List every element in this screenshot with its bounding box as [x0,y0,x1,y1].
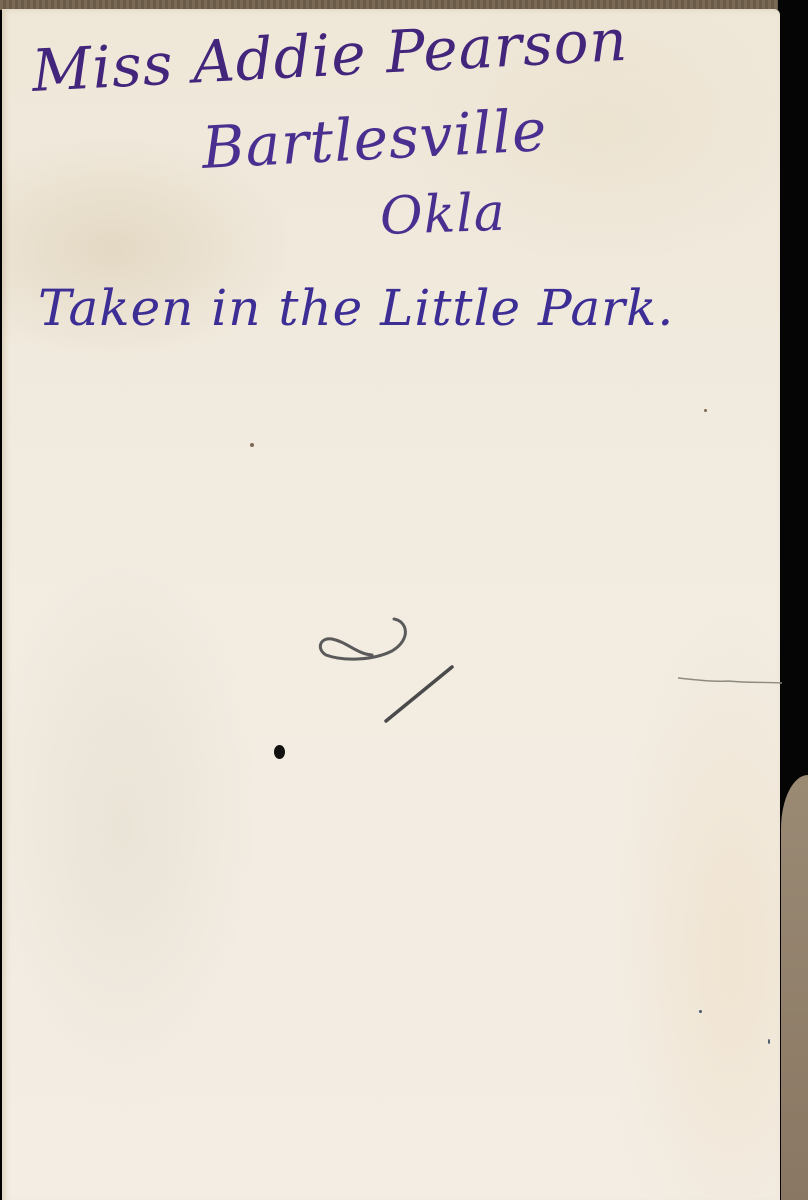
inscription-state: Okla [379,183,507,247]
speck [768,1039,770,1044]
card-crease [678,674,782,688]
pencil-mark [312,609,472,739]
inscription-city: Bartlesville [200,96,549,182]
speck [250,443,254,447]
speck [704,409,707,412]
inscription-name: Miss Addie Pearson [30,6,629,105]
ink-spot [274,745,285,759]
inscription-caption: Taken in the Little Park. [38,279,674,337]
photo-card-back: Miss Addie Pearson Bartlesville Okla Tak… [2,9,780,1200]
scan-backdrop-object [781,775,808,1200]
speck [699,1010,702,1013]
